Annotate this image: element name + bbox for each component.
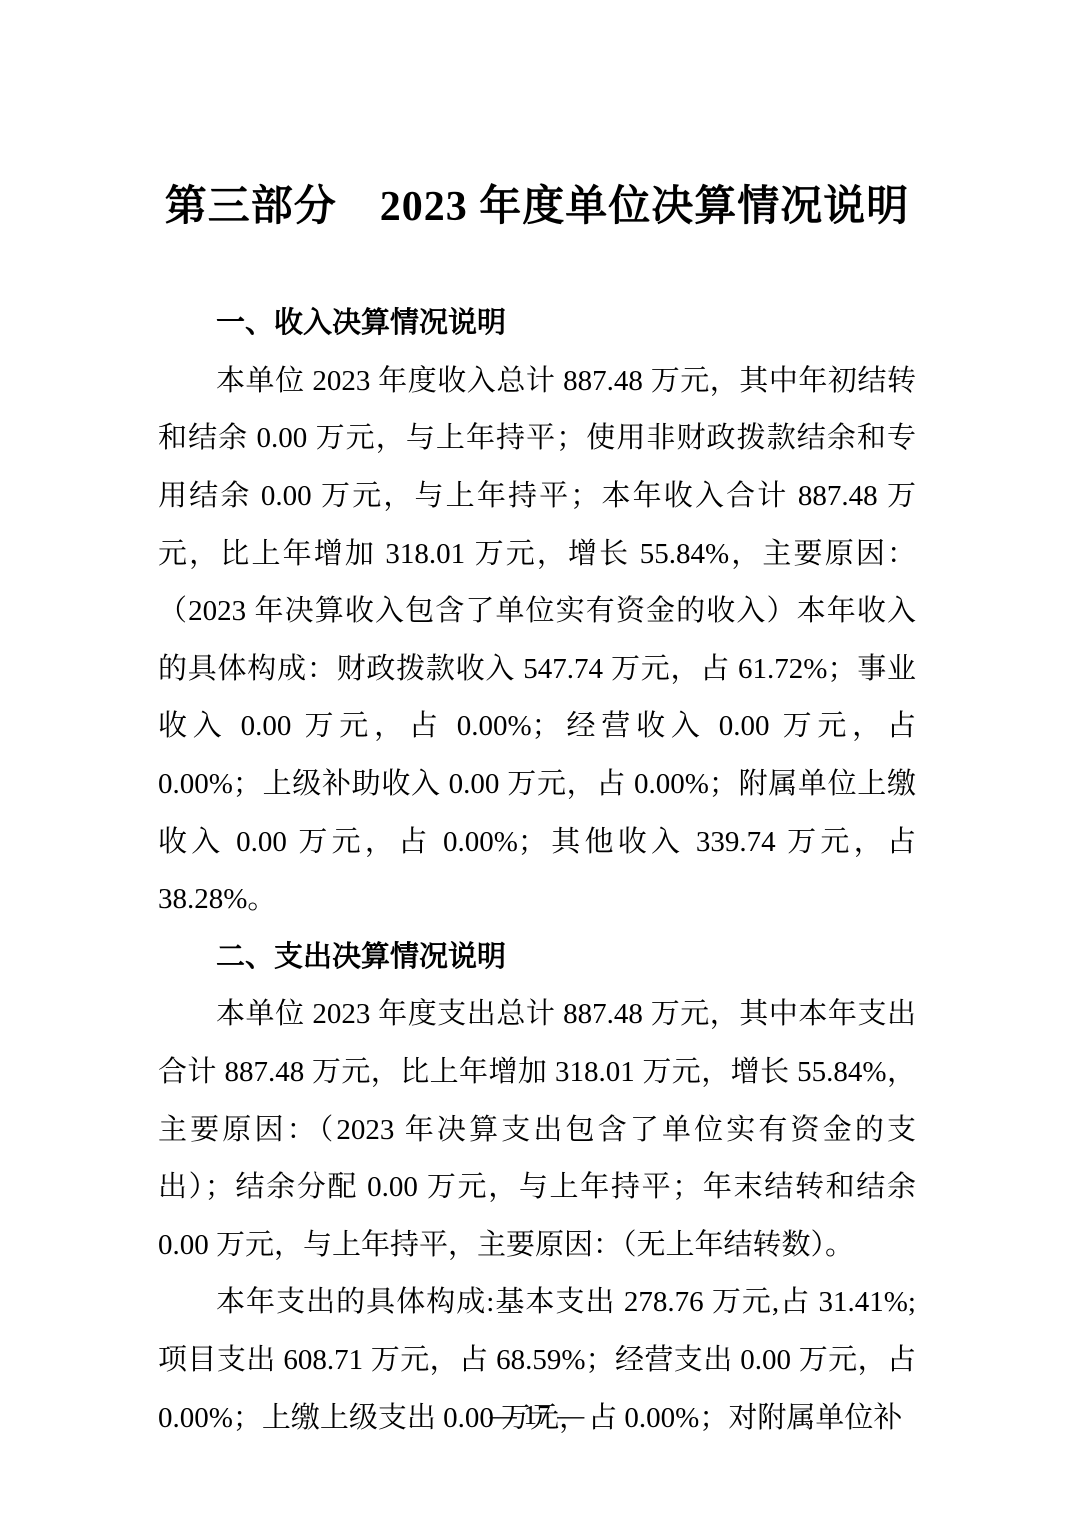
expenditure-paragraph-1: 本单位 2023 年度支出总计 887.48 万元，其中本年支出合计 887.4… — [158, 986, 916, 1274]
page-title: 第三部分 2023 年度单位决算情况说明 — [0, 0, 1074, 231]
document-page: 第三部分 2023 年度单位决算情况说明 一、收入决算情况说明 本单位 2023… — [0, 0, 1074, 1520]
section-heading-expenditure: 二、支出决算情况说明 — [158, 929, 916, 987]
income-paragraph: 本单位 2023 年度收入总计 887.48 万元，其中年初结转和结余 0.00… — [158, 353, 916, 929]
section-heading-income: 一、收入决算情况说明 — [158, 295, 916, 353]
document-body: 一、收入决算情况说明 本单位 2023 年度收入总计 887.48 万元，其中年… — [158, 295, 916, 1447]
page-footer: — 17 — — [0, 1400, 1074, 1431]
page-number: — 17 — — [490, 1400, 585, 1430]
